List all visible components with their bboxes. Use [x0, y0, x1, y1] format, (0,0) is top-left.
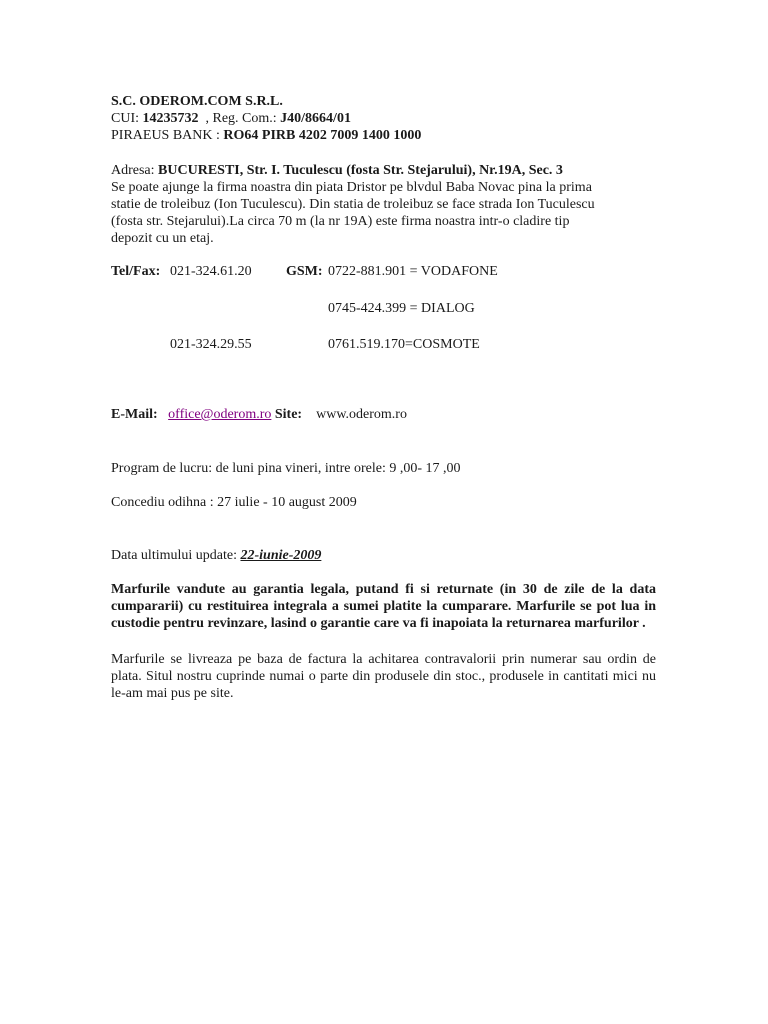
company-name: S.C. ODEROM.COM S.R.L. [111, 93, 283, 110]
work-program: Program de lucru: de luni pina vineri, i… [111, 460, 461, 477]
gsm-label: GSM: [286, 263, 323, 280]
last-update: Data ultimului update: 22-iunie-2009 [111, 547, 321, 564]
directions-line: statie de troleibuz (Ion Tuculescu). Din… [111, 196, 595, 213]
site-label: Site: [275, 407, 302, 422]
update-date: 22-iunie-2009 [240, 548, 321, 563]
bank-value: RO64 PIRB 4202 7009 1400 1000 [223, 128, 421, 143]
reg-value: J40/8664/01 [280, 111, 351, 126]
gsm-number: 0745-424.399 = DIALOG [328, 300, 475, 317]
telfax-label: Tel/Fax: [111, 263, 160, 280]
directions-line: depozit cu un etaj. [111, 230, 214, 247]
delivery-paragraph: Marfurile se livreaza pe baza de factura… [111, 651, 656, 702]
telfax-number: 021-324.29.55 [170, 336, 252, 353]
cui-label: CUI: [111, 111, 139, 126]
holiday-notice: Concediu odihna : 27 iulie - 10 august 2… [111, 494, 357, 511]
email-link[interactable]: office@oderom.ro [168, 407, 271, 422]
address-label: Adresa: [111, 163, 155, 178]
address: Adresa: BUCURESTI, Str. I. Tuculescu (fo… [111, 162, 563, 179]
warranty-paragraph: Marfurile vandute au garantia legala, pu… [111, 581, 656, 632]
directions-line: (fosta str. Stejarului).La circa 70 m (l… [111, 213, 569, 230]
gsm-number: 0722-881.901 = VODAFONE [328, 263, 498, 280]
site-url: www.oderom.ro [316, 407, 407, 422]
gsm-number: 0761.519.170=COSMOTE [328, 336, 480, 353]
bank-account: PIRAEUS BANK : RO64 PIRB 4202 7009 1400 … [111, 127, 421, 144]
address-value: BUCURESTI, Str. I. Tuculescu (fosta Str.… [158, 163, 563, 178]
reg-label: , Reg. Com.: [206, 111, 277, 126]
email-label: E-Mail: [111, 407, 158, 422]
company-registration: CUI: 14235732 , Reg. Com.: J40/8664/01 [111, 110, 351, 127]
bank-label: PIRAEUS BANK : [111, 128, 220, 143]
cui-value: 14235732 [143, 111, 199, 126]
telfax-number: 021-324.61.20 [170, 263, 252, 280]
update-label: Data ultimului update: [111, 548, 237, 563]
directions-line: Se poate ajunge la firma noastra din pia… [111, 179, 592, 196]
email-site-line: E-Mail: office@oderom.ro Site: www.odero… [111, 406, 407, 423]
